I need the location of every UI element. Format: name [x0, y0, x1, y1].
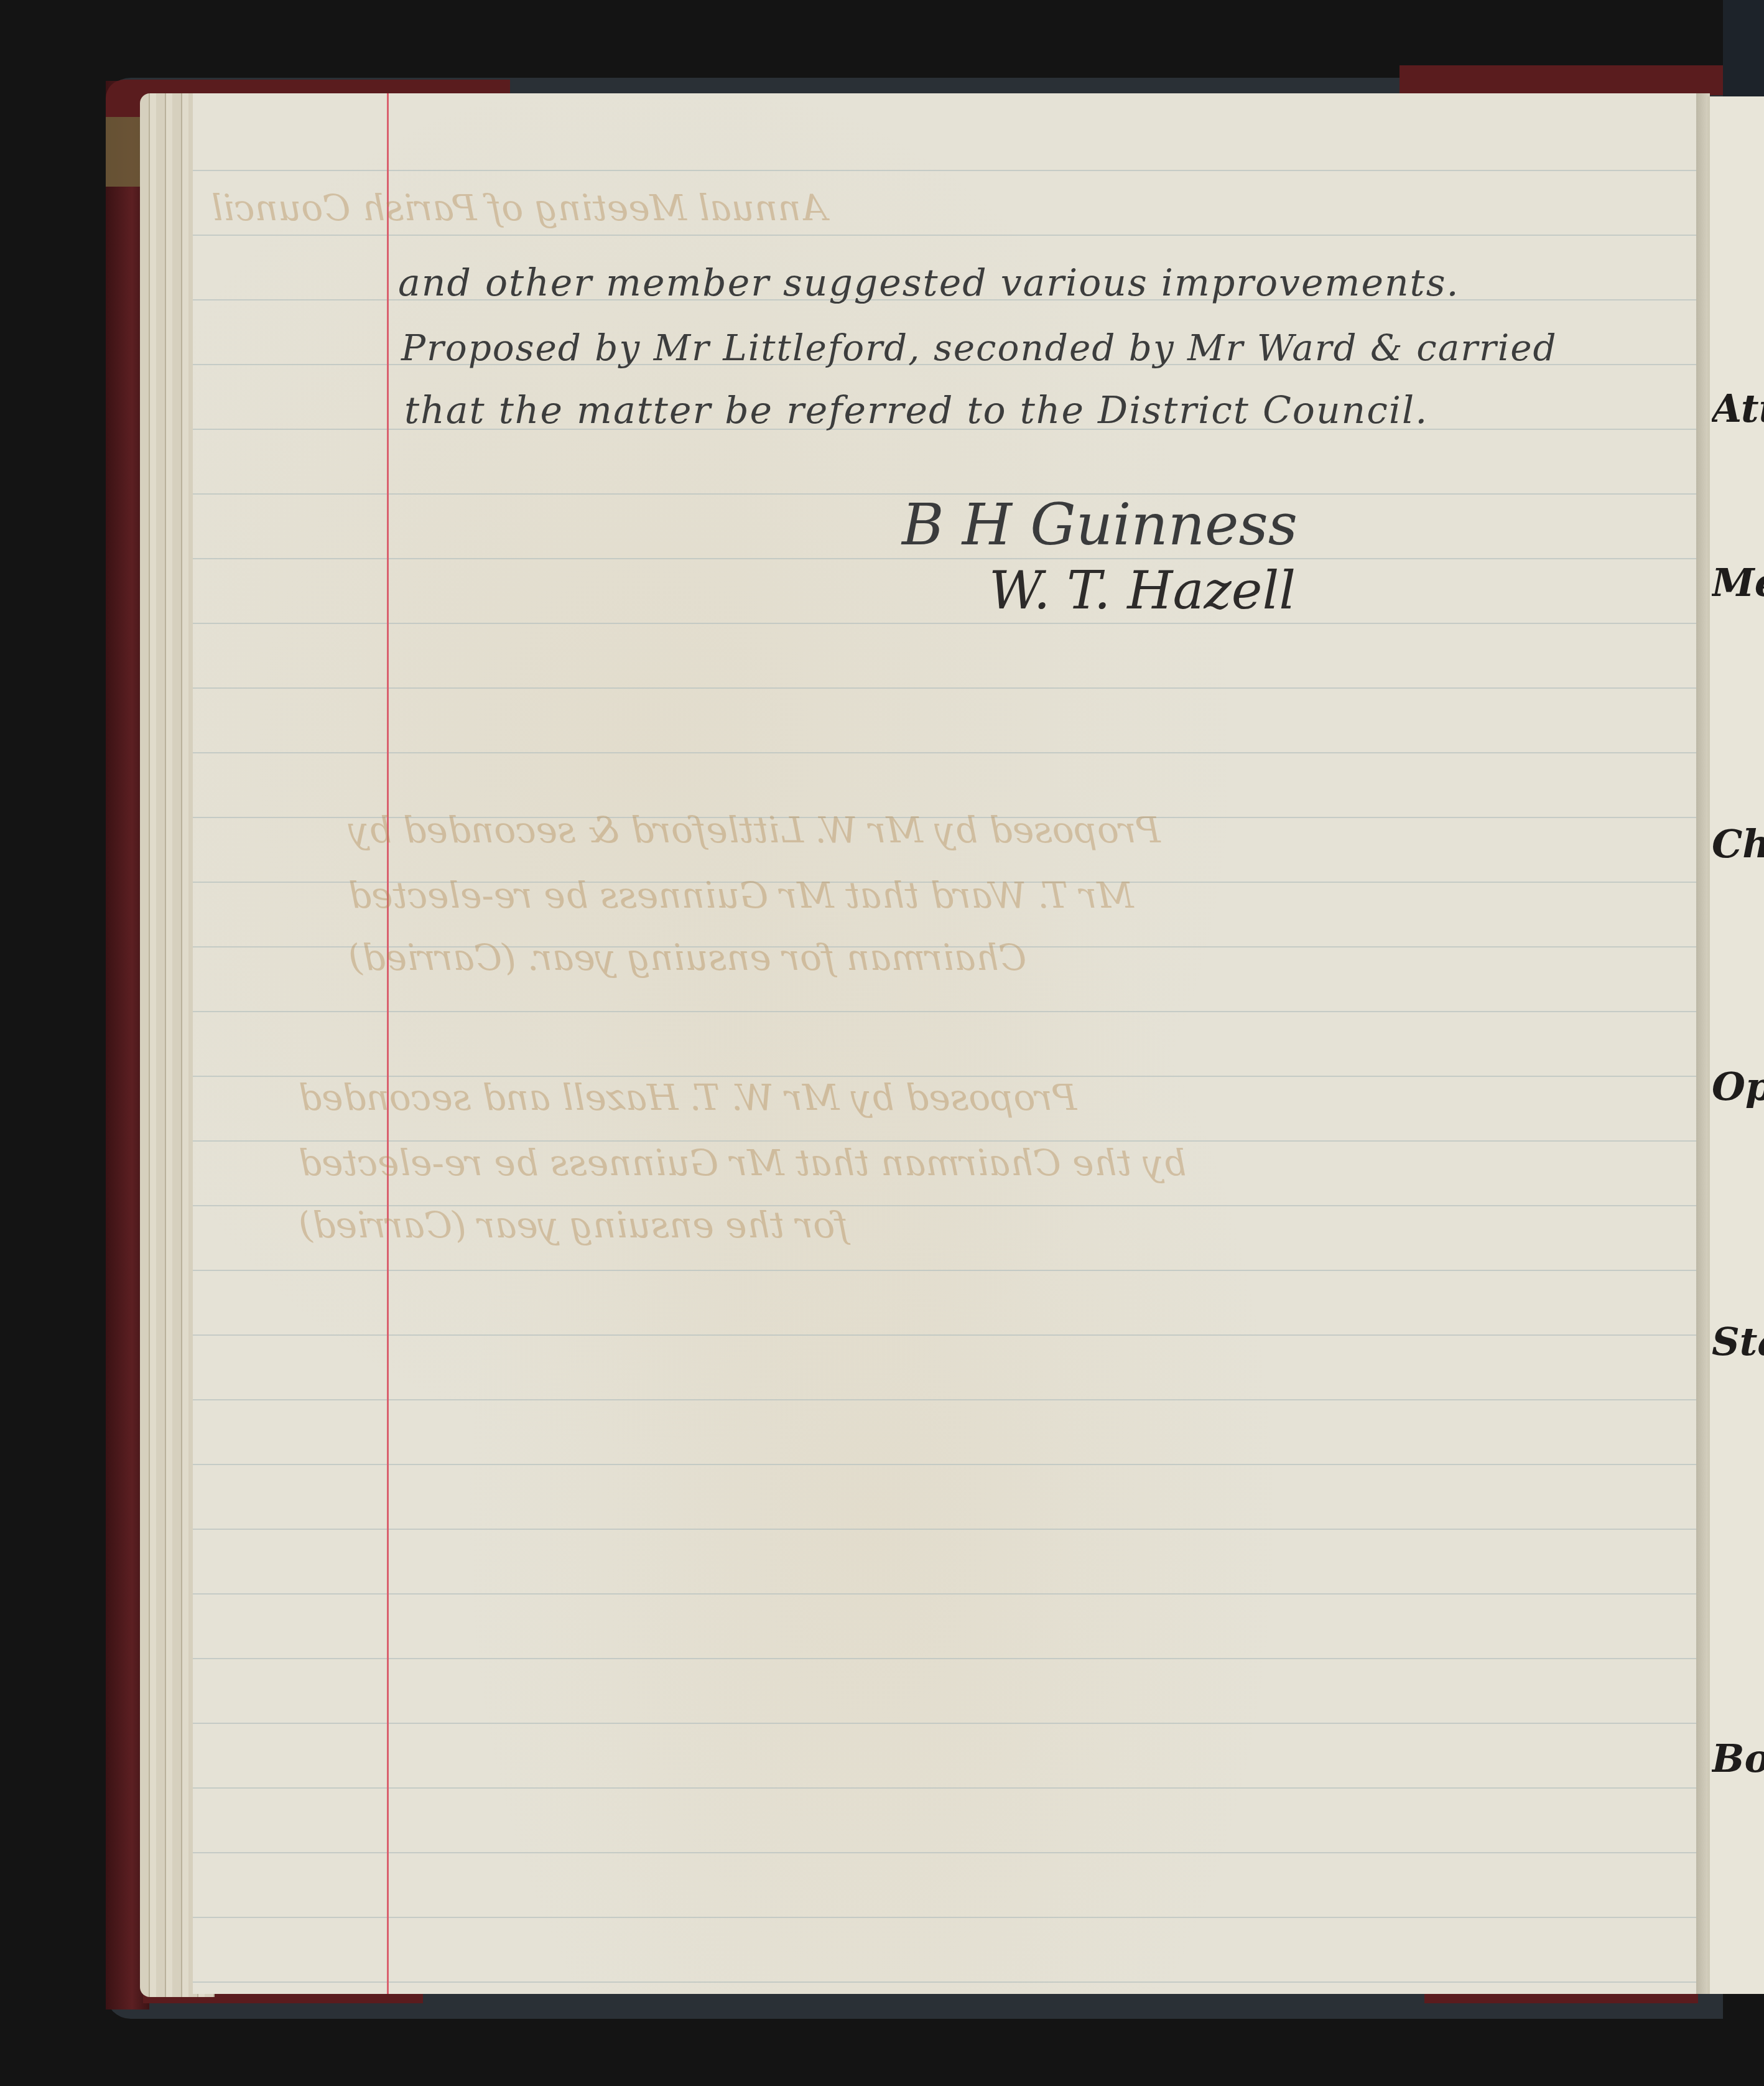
right-page-fragment: Att: [1712, 386, 1764, 431]
ruled-line: [193, 1334, 1701, 1336]
ruled-line: [193, 1399, 1701, 1400]
ruled-line: [193, 1270, 1701, 1271]
bleed-through-line: Chairman for ensuing year. (Carried): [348, 936, 1026, 979]
right-page-fragment: Me: [1712, 560, 1764, 605]
ruled-line: [193, 1529, 1701, 1530]
handwritten-line: that the matter be referred to the Distr…: [404, 389, 1428, 432]
book-spine: [1723, 0, 1764, 100]
bleed-through-line: Proposed by Mr W. T. Hazell and seconded: [299, 1076, 1077, 1119]
handwritten-line: Proposed by Mr Littleford, seconded by M…: [401, 327, 1557, 369]
signature-chairman: B H Guinness: [902, 491, 1297, 558]
ruled-line: [193, 1011, 1701, 1012]
right-page: [1707, 96, 1764, 1994]
right-page-fragment: Bo: [1712, 1736, 1764, 1781]
cover-leather-top-right: [1400, 65, 1723, 95]
right-page-fragment: Stat: [1712, 1319, 1764, 1364]
ruled-line: [193, 1593, 1701, 1595]
ruled-line: [193, 170, 1701, 171]
bleed-through-line: Annual Meeting of Parish Council: [211, 187, 827, 229]
right-page-fragment: Op: [1712, 1064, 1764, 1109]
ruled-line: [193, 1981, 1701, 1983]
signature-clerk: W. T. Hazell: [989, 560, 1296, 621]
ruled-line: [193, 1723, 1701, 1724]
ruled-line: [193, 1464, 1701, 1465]
bleed-through-line: for the ensuing year (Carried): [299, 1204, 848, 1246]
handwritten-line: and other member suggested various impro…: [398, 261, 1460, 305]
ruled-line: [193, 687, 1701, 689]
ruled-line: [193, 623, 1701, 624]
bleed-through-line: Proposed by Mr W. Littleford & seconded …: [348, 809, 1161, 851]
ruled-line: [193, 1917, 1701, 1918]
ruled-line: [193, 1852, 1701, 1853]
ruled-line: [193, 235, 1701, 236]
ruled-line: [193, 752, 1701, 753]
bleed-through-line: by the Chairman that Mr Guinness be re-e…: [299, 1142, 1186, 1184]
ruled-line: [193, 1787, 1701, 1789]
bleed-through-line: Mr T. Ward that Mr Guinness be re-electe…: [348, 874, 1134, 916]
right-page-fragment: Cha: [1712, 821, 1764, 867]
ruled-line: [193, 1658, 1701, 1659]
ruled-line: [193, 558, 1701, 559]
left-page: [193, 93, 1701, 1994]
red-margin-rule: [387, 93, 389, 1994]
